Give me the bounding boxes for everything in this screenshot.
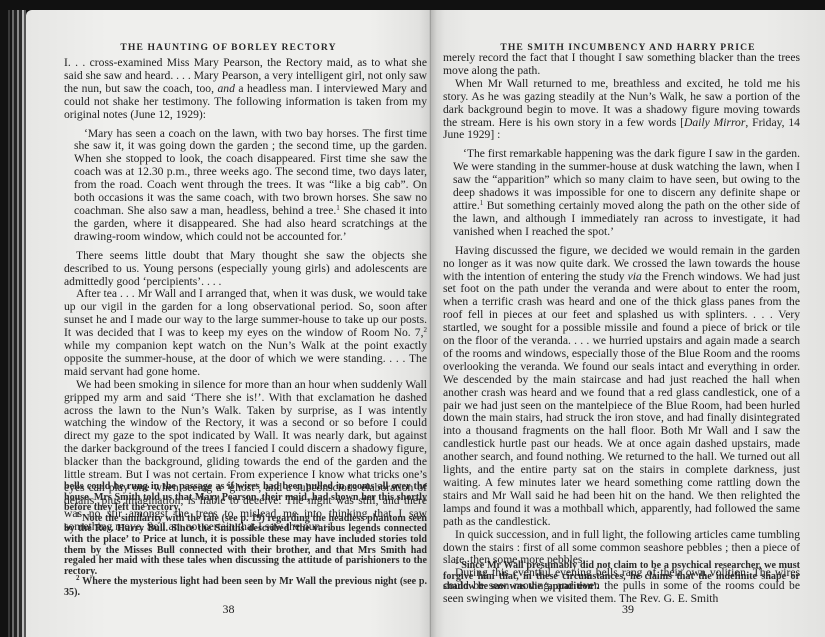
paragraph: When Mr Wall returned to me, breathless …	[443, 78, 800, 143]
body-text: merely record the fact that I thought I …	[443, 52, 800, 606]
footnote: 1 Since Mr Wall presumably did not claim…	[443, 561, 800, 593]
footnote-continuation: bells could be rung in the passage as if…	[64, 482, 427, 514]
right-page: THE SMITH INCUMBENCY AND HARRY PRICE mer…	[431, 10, 825, 637]
body-text: I. . . cross-examined Miss Mary Pearson,…	[64, 57, 427, 534]
running-head: THE HAUNTING OF BORLEY RECTORY	[26, 42, 431, 53]
footnote: 1 Note the similarity with the tale (see…	[64, 514, 427, 578]
paragraph: merely record the fact that I thought I …	[443, 52, 800, 78]
footnotes: 1 Since Mr Wall presumably did not claim…	[443, 561, 800, 593]
footnote: 2 Where the mysterious light had been se…	[64, 577, 427, 598]
footnote-ref: 2	[424, 326, 428, 334]
page-edges	[0, 10, 26, 637]
book-spread: THE HAUNTING OF BORLEY RECTORY I. . . cr…	[0, 0, 825, 637]
footnotes: bells could be rung in the passage as if…	[64, 482, 427, 599]
left-page: THE HAUNTING OF BORLEY RECTORY I. . . cr…	[26, 10, 431, 637]
page-number: 38	[26, 602, 431, 617]
paragraph: Having discussed the figure, we decided …	[443, 245, 800, 529]
block-quote: ‘The first remarkable happening was the …	[453, 148, 800, 238]
page-number: 39	[431, 602, 825, 617]
paragraph: After tea . . . Mr Wall and I arranged t…	[64, 288, 427, 378]
paragraph: There seems little doubt that Mary thoug…	[64, 250, 427, 289]
block-quote: ‘Mary has seen a coach on the lawn, with…	[74, 128, 427, 244]
paragraph: I. . . cross-examined Miss Mary Pearson,…	[64, 57, 427, 122]
